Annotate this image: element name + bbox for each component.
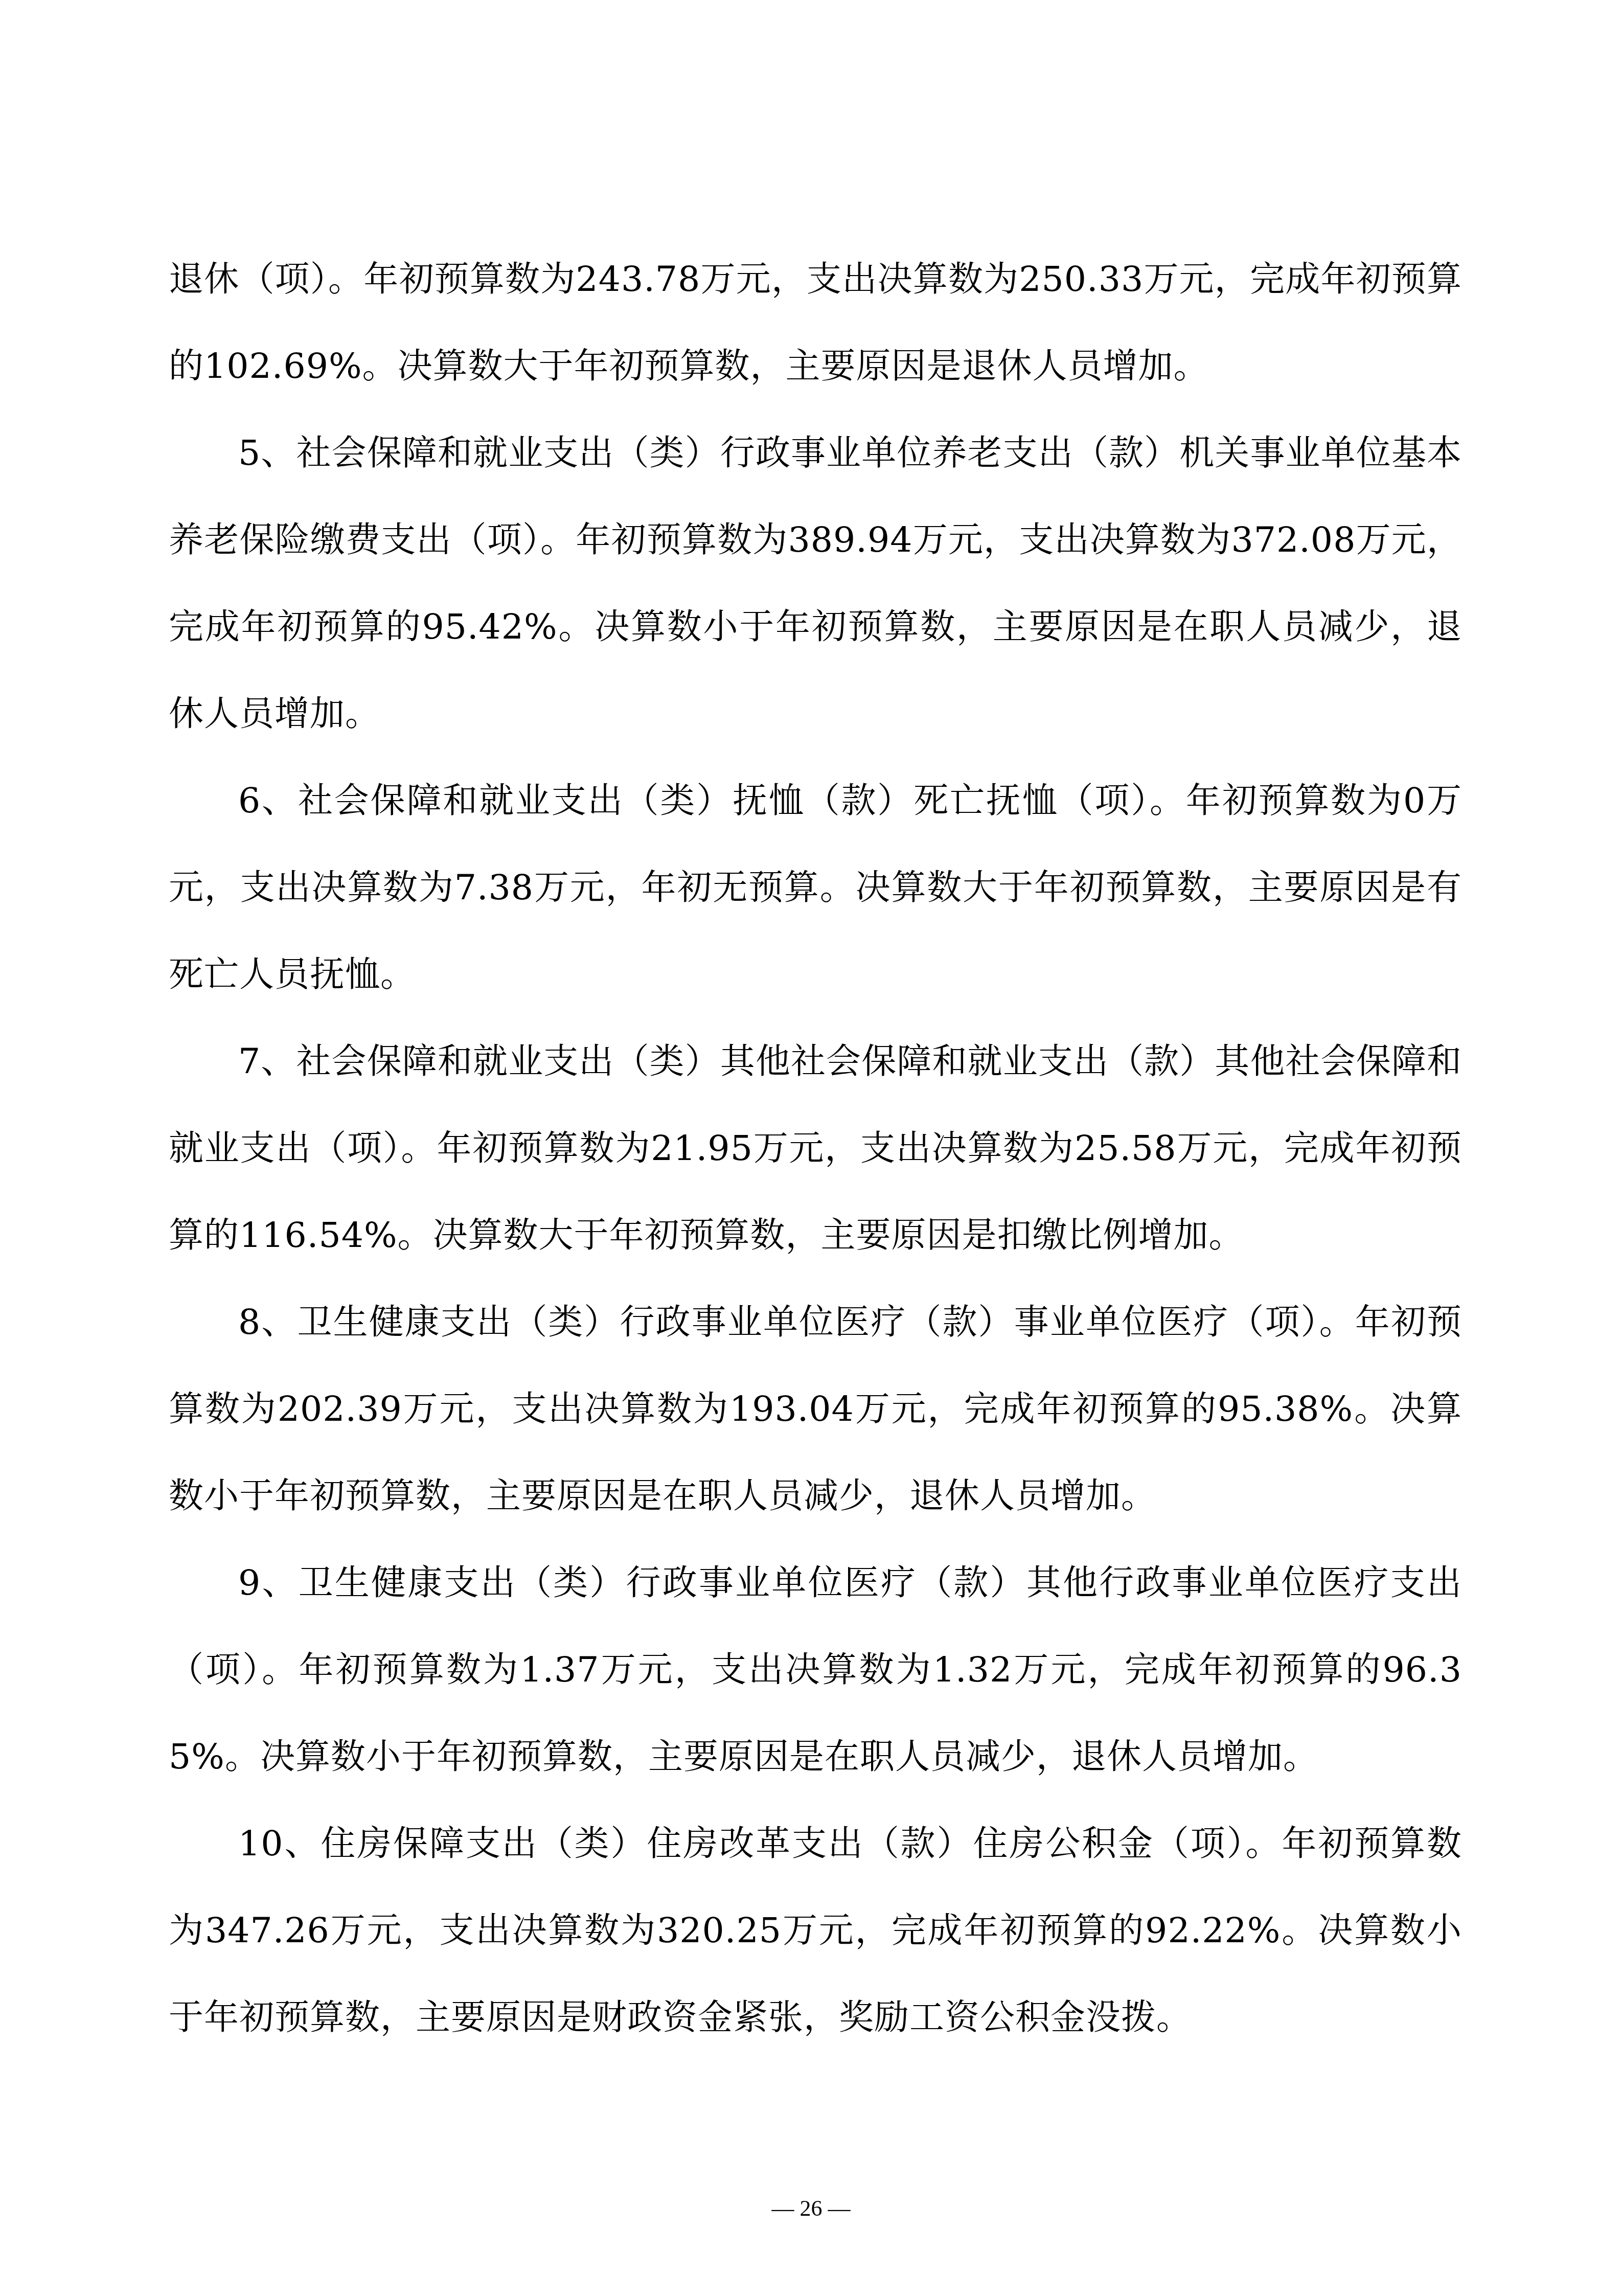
paragraph-retirement-continued: 退休（项）。年初预算数为243.78万元，支出决算数为250.33万元，完成年初… <box>169 236 1462 410</box>
paragraph-item-6-death-compensation: 6、社会保障和就业支出（类）抚恤（款）死亡抚恤（项）。年初预算数为0万元，支出决… <box>169 758 1462 1018</box>
paragraph-item-8-institution-medical: 8、卫生健康支出（类）行政事业单位医疗（款）事业单位医疗（项）。年初预算数为20… <box>169 1279 1462 1540</box>
paragraph-item-5-pension-insurance: 5、社会保障和就业支出（类）行政事业单位养老支出（款）机关事业单位基本养老保险缴… <box>169 410 1462 758</box>
paragraph-item-7-other-social-security: 7、社会保障和就业支出（类）其他社会保障和就业支出（款）其他社会保障和就业支出（… <box>169 1018 1462 1279</box>
page-number: — 26 — <box>0 2193 1622 2224</box>
paragraph-item-9-other-medical: 9、卫生健康支出（类）行政事业单位医疗（款）其他行政事业单位医疗支出（项）。年初… <box>169 1540 1462 1801</box>
document-body: 退休（项）。年初预算数为243.78万元，支出决算数为250.33万元，完成年初… <box>169 236 1462 2061</box>
paragraph-item-10-housing-fund: 10、住房保障支出（类）住房改革支出（款）住房公积金（项）。年初预算数为347.… <box>169 1801 1462 2061</box>
